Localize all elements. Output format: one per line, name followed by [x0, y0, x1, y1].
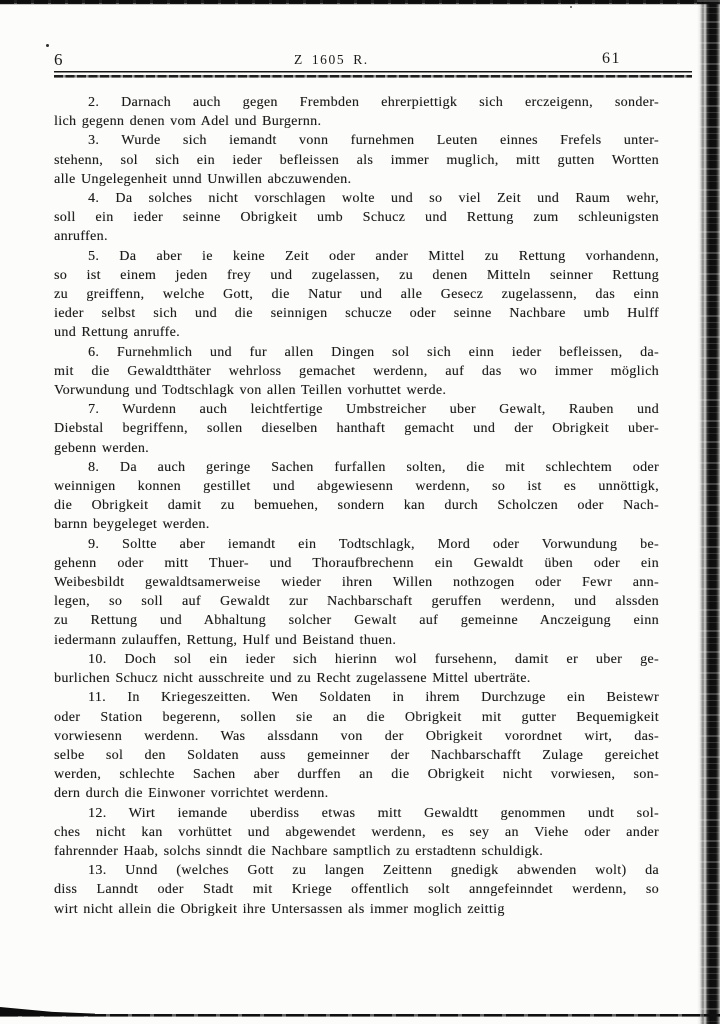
text-line: Weibesbildt gewaldtsamerweise wieder ihr… — [54, 573, 659, 592]
text-line: iedermann zulauffen, Rettung, Hulf und B… — [54, 631, 659, 650]
text-line: die Obrigkeit damit zu bemuehen, sondern… — [54, 496, 659, 515]
ink-speck — [46, 44, 49, 47]
text-line: 7. Wurdenn auch leichtfertige Umbstreich… — [54, 400, 659, 419]
text-line: 10. Doch sol ein ieder sich hierinn wol … — [54, 650, 659, 669]
text-line: burlichen Schucz nicht ausschreite und z… — [54, 669, 659, 688]
running-title: Z 1605 R. — [294, 52, 369, 68]
text-line: 13. Unnd (welches Gott zu langen Zeitten… — [54, 861, 659, 880]
text-line: zu greiffenn, welche Gott, die Natur und… — [54, 285, 659, 304]
text-line: 3. Wurde sich iemandt vonn furnehmen Leu… — [54, 131, 659, 150]
scan-corner-shadow — [0, 1005, 95, 1016]
text-line: anruffen. — [54, 227, 659, 246]
scanned-book-page: 6 Z 1605 R. 61 2. Darnach auch gegen Fre… — [0, 0, 720, 1024]
text-line: vorwiesenn werdenn. Was alssdann von der… — [54, 727, 659, 746]
text-line: selbe sol den Soldaten auss gemeinner de… — [54, 746, 659, 765]
text-line: oder Station begerenn, sollen sie an die… — [54, 708, 659, 727]
scan-edge-top — [0, 0, 720, 6]
text-line: 8. Da auch geringe Sachen furfallen solt… — [54, 458, 659, 477]
text-line: 11. In Kriegeszeitten. Wen Soldaten in i… — [54, 688, 659, 707]
body-text: 2. Darnach auch gegen Frembden ehrerpiet… — [54, 93, 659, 919]
text-line: 5. Da aber ie keine Zeit oder ander Mitt… — [54, 247, 659, 266]
text-line: wirt nicht allein die Obrigkeit ihre Unt… — [54, 900, 659, 919]
text-line: alle Ungelegenheit unnd Unwillen abczuwe… — [54, 170, 659, 189]
scan-edge-bottom — [0, 1013, 720, 1017]
text-line: legen, so soll auf Gewaldt zur Nachbarsc… — [54, 592, 659, 611]
text-line: 4. Da solches nicht vorschlagen wolte un… — [54, 189, 659, 208]
scan-edge-right — [697, 0, 720, 1024]
text-line: mit die Gewaldtthäter wehrloss gemachet … — [54, 362, 659, 381]
ink-speck — [570, 6, 572, 8]
header-rule — [54, 71, 692, 78]
text-line: stehenn, sol sich ein ieder befleissen a… — [54, 151, 659, 170]
text-line: soll ein ieder seinne Obrigkeit umb Schu… — [54, 208, 659, 227]
right-page-number: 61 — [602, 50, 621, 68]
text-line: diss Lanndt oder Stadt mit Kriege offent… — [54, 880, 659, 899]
text-line: weinnigen konnen gestillet und abgewiese… — [54, 477, 659, 496]
text-line: Vorwundung und Todtschlagk von allen Tei… — [54, 381, 659, 400]
text-line: 2. Darnach auch gegen Frembden ehrerpiet… — [54, 93, 659, 112]
text-line: gehenn oder mitt Thuer- und Thoraufbrech… — [54, 554, 659, 573]
text-line: ches nicht kan vorhüttet und abgewendet … — [54, 823, 659, 842]
text-line: werden, schlechte Sachen aber durffen an… — [54, 765, 659, 784]
text-line: zu Rettung und Abhaltung solcher Gewalt … — [54, 611, 659, 630]
left-page-number: 6 — [54, 50, 63, 70]
text-line: barnn beygeleget werden. — [54, 515, 659, 534]
text-line: lich gegenn denen vom Adel und Burgernn. — [54, 112, 659, 131]
text-line: ieder selbst sich und die seinnigen schu… — [54, 304, 659, 323]
text-line: Diebstal begriffenn, sollen dieselben ha… — [54, 419, 659, 438]
text-line: dern durch die Einwoner vorrichtet werde… — [54, 784, 659, 803]
text-line: 6. Furnehmlich und fur allen Dingen sol … — [54, 343, 659, 362]
text-line: 12. Wirt iemande uberdiss etwas mitt Gew… — [54, 804, 659, 823]
text-line: und Rettung anruffe. — [54, 323, 659, 342]
text-line: fahrennder Haab, solchs sinndt die Nachb… — [54, 842, 659, 861]
text-line: gebenn werden. — [54, 439, 659, 458]
text-line: 9. Soltte aber iemandt ein Todtschlagk, … — [54, 535, 659, 554]
text-line: so ist einem jeden frey und zugelassen, … — [54, 266, 659, 285]
